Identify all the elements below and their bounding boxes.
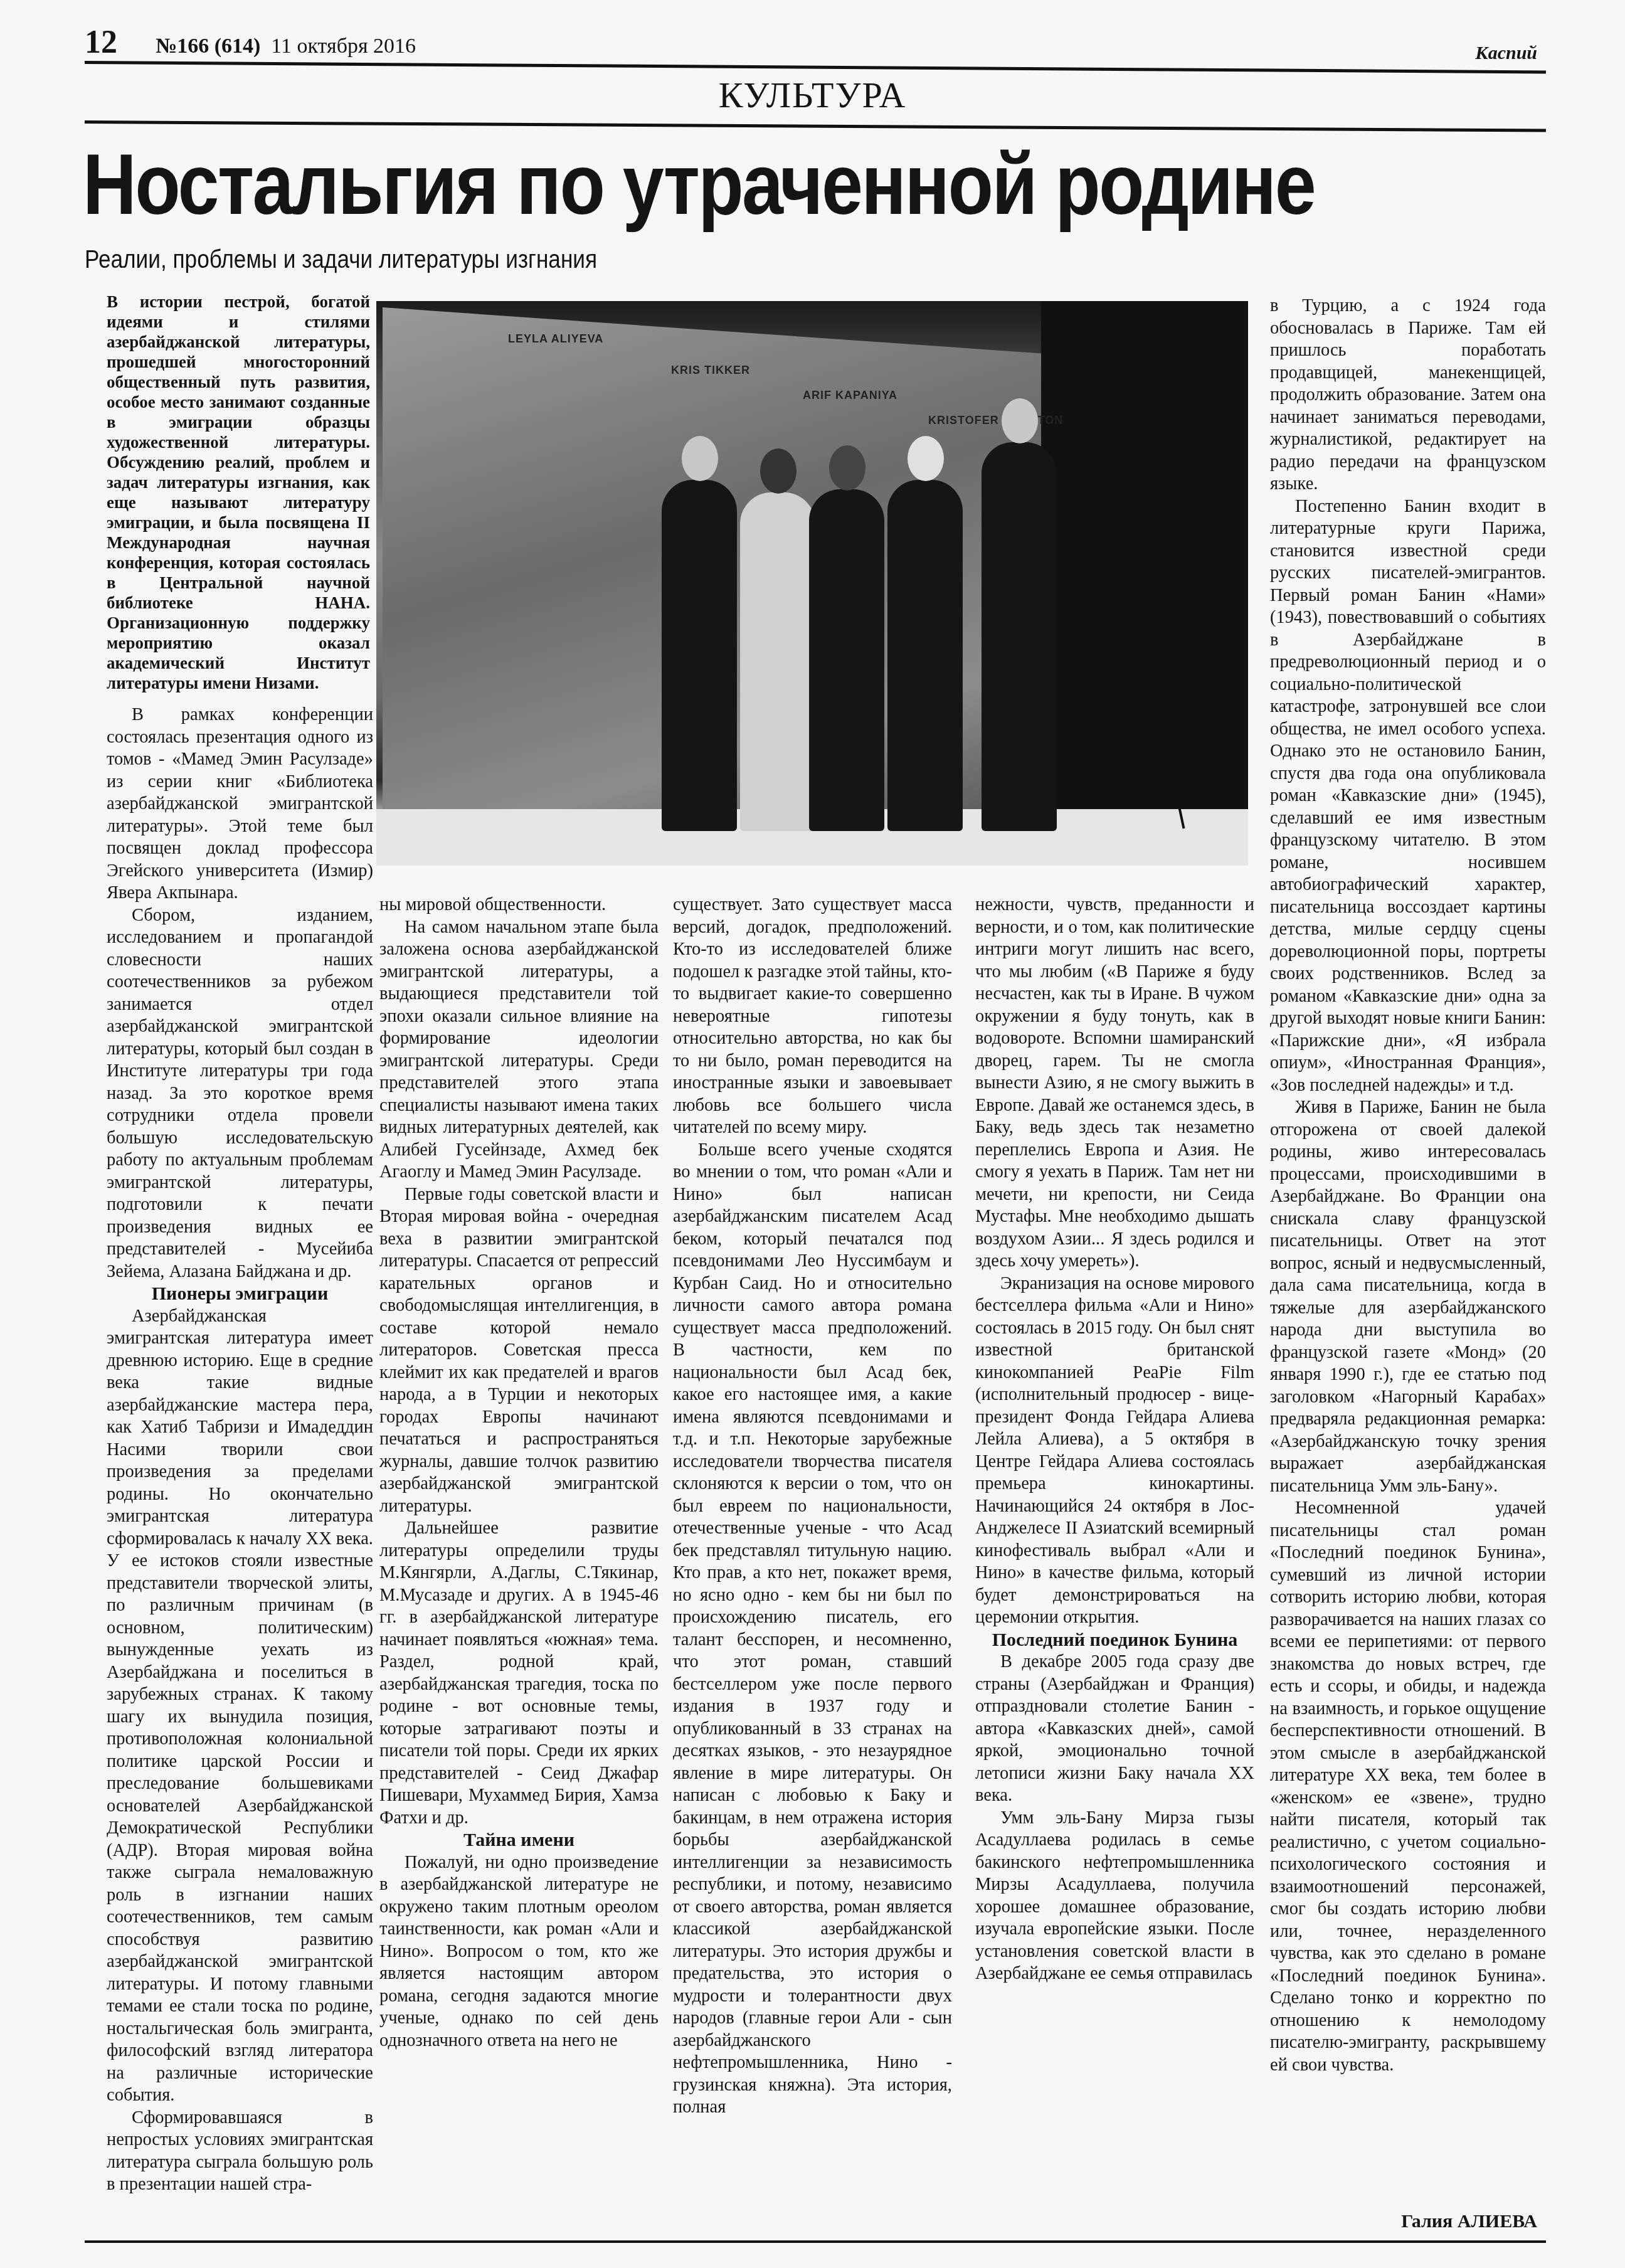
paragraph: в Турцию, а с 1924 года обосновалась в П… [1270,295,1546,495]
article-lead: В истории пестрой, богатой идеями и стил… [107,292,370,693]
paragraph: существует. Зато существует масса версий… [673,894,952,1139]
paragraph: Несомненной удачей писательницы стал ром… [1270,1497,1546,2076]
section-rule [85,120,1546,132]
poster-credit: KRISTOFER HEMPTON [928,414,1063,427]
paragraph: нежности, чувств, преданности и верности… [975,894,1254,1273]
subheading-bunin: Последний поединок Бунина [975,1629,1254,1651]
publication-name: Каспий [1475,43,1537,64]
paragraph: Экранизация на основе мирового бестселле… [975,1273,1254,1629]
issue-number: №166 (614) [156,34,260,58]
paragraph: Азербайджанская эмигрантская литература … [107,1305,373,2107]
poster-credit: KRIS TIKKER [671,364,750,377]
article-subheadline: Реалии, проблемы и задачи литературы изг… [85,246,597,274]
person-figure [982,442,1057,831]
publication-date: 11 октября 2016 [271,34,416,58]
paragraph: ны мировой общественности. [379,894,659,916]
paragraph: В рамках конференции состоялась презента… [107,704,373,904]
article-column-2: ны мировой общественности. На самом нача… [379,894,659,2052]
subheading-name-secret: Тайна имени [379,1829,659,1852]
stage-curtain [1041,301,1248,822]
paragraph: Первые годы советской власти и Вторая ми… [379,1184,659,1518]
paragraph: Дальнейшее развитие литературы определил… [379,1517,659,1829]
article-column-3: существует. Зато существует масса версий… [673,894,952,2119]
page-number: 12 [85,24,117,61]
person-figure [740,492,815,831]
paragraph: Пожалуй, ни одно произведение в азербайд… [379,1852,659,2052]
person-figure [887,480,963,831]
article-column-4: нежности, чувств, преданности и верности… [975,894,1254,1985]
paragraph: В декабре 2005 года сразу две страны (Аз… [975,1651,1254,1807]
article-headline: Ностальгия по утраченной родине [83,141,1315,228]
paragraph: Умм эль-Бану Мирза гызы Асадуллаева роди… [975,1807,1254,1985]
section-title: КУЛЬТУРА [0,74,1625,116]
lead-paragraph: В истории пестрой, богатой идеями и стил… [107,292,370,693]
paragraph: На самом начальном этапе была заложена о… [379,916,659,1184]
poster-credit: ARIF KAPANIYA [803,389,897,402]
author-byline: Галия АЛИЕВА [1401,2211,1537,2232]
article-column-5: в Турцию, а с 1924 года обосновалась в П… [1270,295,1546,2076]
event-photo: LEYLA ALIYEVA KRIS TIKKER ARIF KAPANIYA … [376,301,1248,866]
issue-date: №166 (614) 11 октября 2016 [156,34,416,58]
person-figure [662,480,737,831]
paragraph: Постепенно Банин входит в литературные к… [1270,495,1546,1097]
poster-credit: LEYLA ALIYEVA [508,332,603,346]
subheading-pioneers: Пионеры эмиграции [107,1283,373,1305]
paragraph: Сформировавшаяся в непростых условиях эм… [107,2107,373,2196]
footer-rule [85,2240,1546,2243]
article-column-1: В рамках конференции состоялась презента… [107,704,373,2196]
paragraph: Больше всего ученые сходятся во мнении о… [673,1139,952,2119]
person-figure [809,489,884,831]
header-rule [85,61,1546,73]
paragraph: Живя в Париже, Банин не была отгорожена … [1270,1096,1546,1497]
paragraph: Сбором, изданием, исследованием и пропаг… [107,904,373,1283]
